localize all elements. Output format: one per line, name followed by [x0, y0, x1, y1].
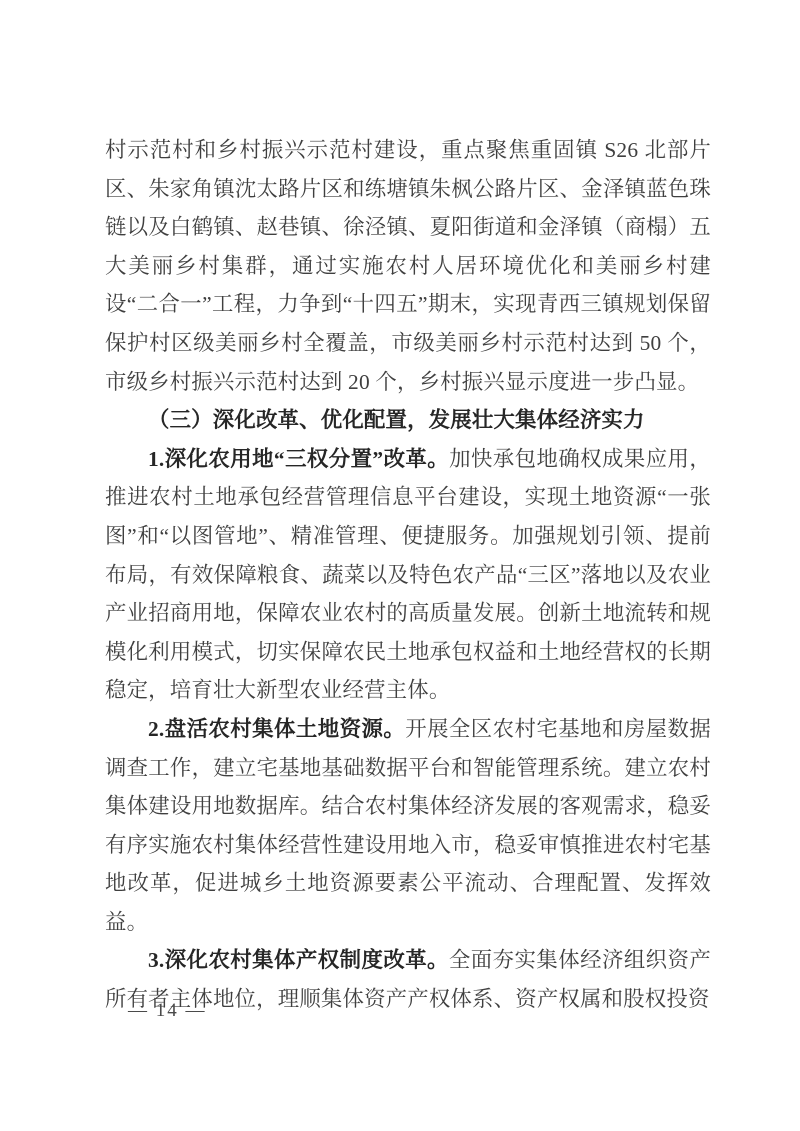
document-page: 村示范村和乡村振兴示范村建设，重点聚焦重固镇 S26 北部片区、朱家角镇沈太路片… — [0, 0, 800, 1131]
paragraph: 1.深化农用地“三权分置”改革。加快承包地确权成果应用，推进农村土地承包经营管理… — [105, 440, 711, 710]
page-number: — 14 — — [128, 1000, 207, 1022]
paragraph-bold-lead: 2.盘活农村集体土地资源。 — [148, 717, 405, 741]
paragraph-text: 村示范村和乡村振兴示范村建设，重点聚焦重固镇 S26 北部片区、朱家角镇沈太路片… — [105, 138, 711, 394]
paragraph: 2.盘活农村集体土地资源。开展全区农村宅基地和房屋数据调查工作，建立宅基地基础数… — [105, 710, 711, 942]
paragraph-text: 开展全区农村宅基地和房屋数据调查工作，建立宅基地基础数据平台和智能管理系统。建立… — [105, 717, 711, 934]
paragraph-text: 加快承包地确权成果应用，推进农村土地承包经营管理信息平台建设，实现土地资源“一张… — [105, 447, 711, 703]
section-heading: （三）深化改革、优化配置，发展壮大集体经济实力 — [105, 401, 711, 440]
paragraph: 村示范村和乡村振兴示范村建设，重点聚焦重固镇 S26 北部片区、朱家角镇沈太路片… — [105, 131, 711, 401]
document-body: 村示范村和乡村振兴示范村建设，重点聚焦重固镇 S26 北部片区、朱家角镇沈太路片… — [105, 131, 711, 1019]
paragraph-bold-lead: 1.深化农用地“三权分置”改革。 — [148, 447, 449, 471]
paragraph-bold-lead: 3.深化农村集体产权制度改革。 — [148, 948, 449, 972]
paragraph-bold-lead: （三）深化改革、优化配置，发展壮大集体经济实力 — [148, 408, 645, 432]
